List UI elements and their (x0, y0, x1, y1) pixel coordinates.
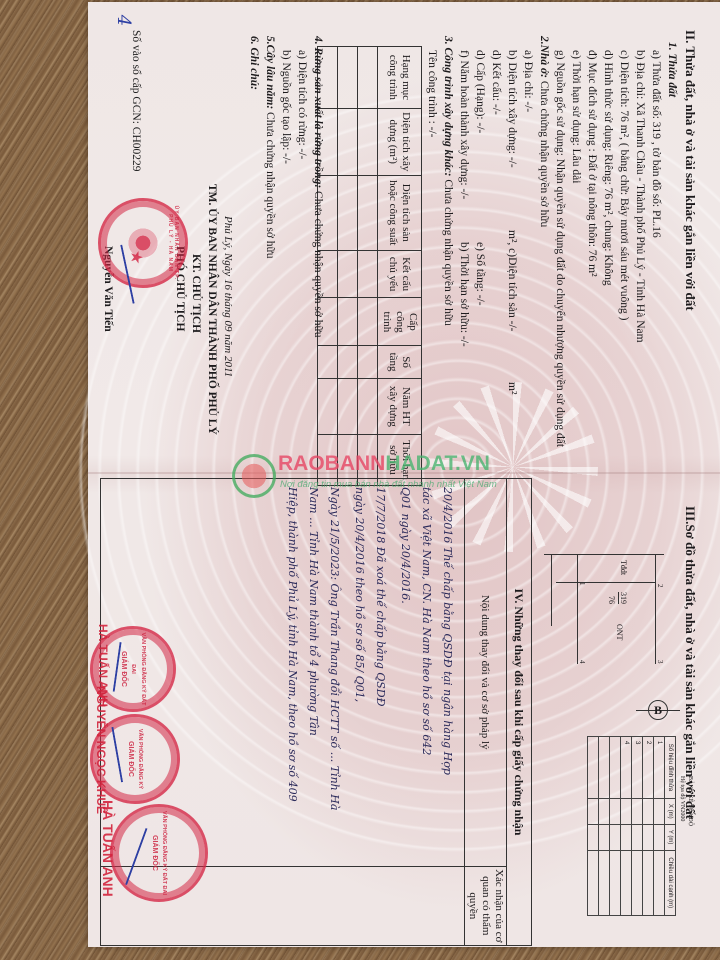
signature-org: TM. ỦY BAN NHÂN DÂN THÀNH PHỐ PHỦ LÝ (204, 184, 220, 435)
table-cell (338, 47, 358, 109)
col-change-content: Nội dung thay đổi và cơ sở pháp lý (465, 479, 507, 867)
map-line (556, 582, 656, 583)
table-cell (358, 250, 378, 298)
change-entry-line: Hiệp, thành phố Phủ Lý, tỉnh Hà Nam, the… (282, 487, 303, 860)
watermark-tagline: Nơi đăng tin mua bán nhà đất nhanh nhất … (280, 479, 497, 490)
change-entries: 20/4/2016 Thế chấp bằng QSDĐ tại ngân hà… (282, 487, 458, 860)
coord-col-header: X (m) (665, 798, 676, 824)
seal-ring-text: ỦY BAN NHÂN DÂN TP. PHỦ LÝ - HÀ NAM (167, 201, 179, 285)
change-entry-line: 17/7/2018 Đã xoá thế chấp bằng QSDĐ (370, 487, 391, 860)
forest-heading: 4. Rừng sản xuất là rừng trồng: Chưa chứ… (310, 36, 326, 338)
point-label: 4 (578, 660, 586, 664)
section-ii-page: II. Thửa đất, nhà ở và tài sản khác gắn … (88, 2, 720, 472)
table-row: 4 (621, 737, 632, 916)
table-cell (318, 378, 338, 434)
section-iii-heading: III.Sơ đồ thửa đất, nhà ở và tài sản khá… (682, 506, 698, 819)
map-line (655, 554, 656, 664)
change-entry-line: Q01 ngày 20/4/2016. (395, 487, 416, 860)
stamp-signer-name: HÀ TUẤN ANH (96, 624, 110, 707)
coord-table-title: BẢNG KÊ TỌA ĐỘ (686, 776, 694, 826)
table-cell: 3 (632, 737, 643, 799)
construction-col-header: Cấp công trình (378, 298, 422, 346)
point-label: 2 (656, 584, 664, 588)
point-label: 1 (578, 582, 586, 586)
construction-col-header: Số tầng (378, 346, 422, 378)
house-heading-status: Chưa chứng nhận quyền sở hữu (538, 78, 550, 227)
table-cell (338, 346, 358, 378)
table-cell (358, 108, 378, 175)
table-cell (610, 824, 621, 850)
section-iii-iv-page: III.Sơ đồ thửa đất, nhà ở và tài sản khá… (88, 474, 720, 947)
change-entry-line: Ngày 21/5/2023: Ông Trần Thang đổi HCTT … (324, 487, 345, 860)
coord-col-header: Chiều dài cạnh (m) (665, 850, 676, 915)
table-cell (632, 850, 643, 915)
table-cell (358, 175, 378, 250)
land-use-origin: g) Nguồn gốc sử dụng: Nhận quyền sử dụng… (552, 50, 568, 447)
table-cell (654, 850, 665, 915)
north-arrow: B (620, 692, 680, 732)
house-floor-area: m², c)Diện tích sàn -/- (504, 230, 520, 331)
change-entry-line: Nam ... Tỉnh Hà Nam thành tổ 4 phường Tâ… (303, 487, 324, 860)
table-cell (588, 824, 599, 850)
table-cell (632, 798, 643, 824)
table-cell (599, 737, 610, 799)
table-cell (632, 824, 643, 850)
house-completion-year: f) Năm hoàn thành xây dựng: -/- (456, 50, 472, 199)
construction-table: Hạng mục công trìnhDiện tích xây dựng (m… (317, 46, 422, 486)
table-cell (599, 798, 610, 824)
table-cell (588, 737, 599, 799)
coord-col-header: Số hiệu đỉnh thửa (665, 737, 676, 799)
coord-col-header: Y (m) (665, 824, 676, 850)
house-structure: d) Kết cấu: -/- (488, 50, 504, 115)
forest-heading-label: 4. Rừng sản xuất là rừng trồng: (312, 36, 324, 188)
table-cell (599, 850, 610, 915)
land-heading: 1. Thửa đất (664, 42, 680, 97)
house-floor-area-unit: m² (504, 382, 520, 394)
table-cell (338, 250, 358, 298)
table-cell (643, 798, 654, 824)
table-cell (358, 346, 378, 378)
section-iv-heading: IV. Những thay đổi sau khi cấp giấy chứn… (507, 479, 532, 946)
land-area: c) Diện tích: 76 m², ( bằng chữ: Bảy mươ… (616, 50, 632, 320)
change-entry-line: tác xã Việt Nam, CN. Hà Nam theo hồ sơ s… (416, 487, 437, 860)
construction-col-header: Diện tích sàn hoặc công suất (378, 175, 422, 250)
construction-heading-label: 3. Công trình xây dựng khác: (442, 36, 454, 176)
house-ownership-term: b) Thời hạn sở hữu: -/- (456, 242, 472, 347)
point-label: 3 (656, 660, 664, 664)
land-use-term: e) Thời hạn sử dụng: Lâu dài (568, 50, 584, 183)
table-cell (338, 108, 358, 175)
section-ii-heading: II. Thửa đất, nhà ở và tài sản khác gắn … (682, 30, 698, 311)
land-use-form: d) Hình thức sử dụng: Riêng: 76 m², chun… (600, 50, 616, 286)
house-address: a) Địa chỉ: -/- (520, 50, 536, 112)
map-line (544, 554, 664, 555)
table-row: 3 (632, 737, 643, 916)
table-cell (610, 798, 621, 824)
land-use-purpose: đ) Mục đích sử dụng : Đất ở tại nông thô… (584, 50, 600, 277)
coord-table: Số hiệu đỉnh thửaX (m)Y (m)Chiều dài cạn… (587, 736, 676, 916)
perennial-heading: 5.Cây lâu năm: Chưa chứng nhận quyền sở … (262, 36, 278, 259)
signature-date: Phủ Lý, Ngày 16 tháng 09 năm 2011 (220, 216, 236, 377)
map-line (551, 554, 552, 626)
watermark-title-part: .VN (455, 452, 490, 475)
table-cell (338, 378, 358, 434)
watermark-title-part: HADAT (385, 452, 455, 475)
table-cell (599, 824, 610, 850)
watermark-logo-icon (232, 454, 276, 498)
change-entry-line: ngày 20/4/2016 theo hồ sơ số 85/ Q01, (349, 487, 370, 860)
table-cell (588, 798, 599, 824)
change-entry-line: 20/4/2016 Thế chấp bằng QSDĐ tại ngân hà… (437, 487, 458, 860)
table-row: 2 (643, 737, 654, 916)
coord-table-subtitle: Hệ tọa độ VN2000 (678, 776, 686, 821)
forest-area: a) Diện tích có rừng: -/- (294, 50, 310, 159)
table-cell: 2 (643, 737, 654, 799)
table-cell (358, 298, 378, 346)
construction-col-header: Hạng mục công trình (378, 47, 422, 109)
map-line (577, 554, 578, 664)
house-heading-label: 2.Nhà ở: (538, 36, 550, 78)
table-row (358, 47, 378, 486)
table-cell (654, 798, 665, 824)
construction-col-header: Diện tích xây dựng (m²) (378, 108, 422, 175)
table-cell (358, 47, 378, 109)
table-cell (338, 175, 358, 250)
forest-heading-status: Chưa chứng nhận quyền sở hữu (312, 188, 324, 337)
table-cell (610, 737, 621, 799)
table-cell (643, 850, 654, 915)
table-row: 1 (654, 737, 665, 916)
table-cell (588, 850, 599, 915)
perennial-heading-status: Chưa chứng nhận quyền sở hữu (264, 109, 276, 258)
parcel-number: 319 (618, 592, 628, 604)
raobannhadat-watermark[interactable]: RAOBANNHADAT.VN Nơi đăng tin mua bán nhà… (232, 448, 502, 503)
table-row (610, 737, 621, 916)
signature-kt: KT. CHỦ TỊCH (188, 254, 204, 333)
forest-origin: b) Nguồn gốc tạo lập: -/- (278, 50, 294, 164)
house-floors: e) Số tầng: -/- (472, 242, 488, 306)
land-address: b) Địa chỉ: Xã Thanh Châu - Thành phố Ph… (632, 50, 648, 343)
table-cell (338, 298, 358, 346)
construction-col-header: Kết cấu chủ yếu (378, 250, 422, 298)
construction-heading: 3. Công trình xây dựng khác: Chưa chứng … (440, 36, 456, 326)
page-number-mark: 4 (113, 15, 134, 26)
stamp-signer-name: HÀ TUẤN ANH (100, 800, 116, 897)
table-cell (621, 798, 632, 824)
table-cell: 1 (654, 737, 665, 799)
table-cell (621, 850, 632, 915)
table-row (588, 737, 599, 916)
notes-heading: 6. Ghi chú: (246, 36, 262, 90)
land-parcel-number: a) Thửa đất số: 319 , tờ bản đồ số: PL.1… (648, 50, 664, 238)
register-number-label: Số vào sổ cấp GCN: CH00229 (130, 30, 142, 172)
house-grade: d) Cấp (Hạng): -/- (472, 50, 488, 133)
table-cell: 4 (621, 737, 632, 799)
table-cell (621, 824, 632, 850)
table-row (338, 47, 358, 486)
perennial-heading-label: 5.Cây lâu năm: (264, 36, 276, 109)
col-authority-confirmation: Xác nhận của cơ quan có thẩm quyền (465, 866, 507, 945)
land-code: ONT (615, 624, 624, 640)
table-cell (318, 346, 338, 378)
road-label: Tđdt (619, 560, 628, 575)
construction-heading-status: Chưa chứng nhận quyền sở hữu (442, 176, 454, 325)
watermark-title-part: N (370, 452, 385, 475)
table-cell (358, 378, 378, 434)
north-marker-icon: B (648, 700, 668, 720)
construction-name: Tên công trình : -/- (424, 50, 440, 138)
watermark-title-part: RAOBAN (278, 452, 370, 475)
parcel-area: 76 (607, 596, 616, 604)
house-heading: 2.Nhà ở: Chưa chứng nhận quyền sở hữu (536, 36, 552, 227)
table-cell (610, 850, 621, 915)
table-cell (643, 824, 654, 850)
construction-col-header: Năm HT xây dựng (378, 378, 422, 434)
watermark-title: RAOBANNHADAT.VN (278, 452, 490, 476)
house-build-area: b) Diện tích xây dựng: -/- (504, 50, 520, 168)
table-cell (654, 824, 665, 850)
table-row (599, 737, 610, 916)
